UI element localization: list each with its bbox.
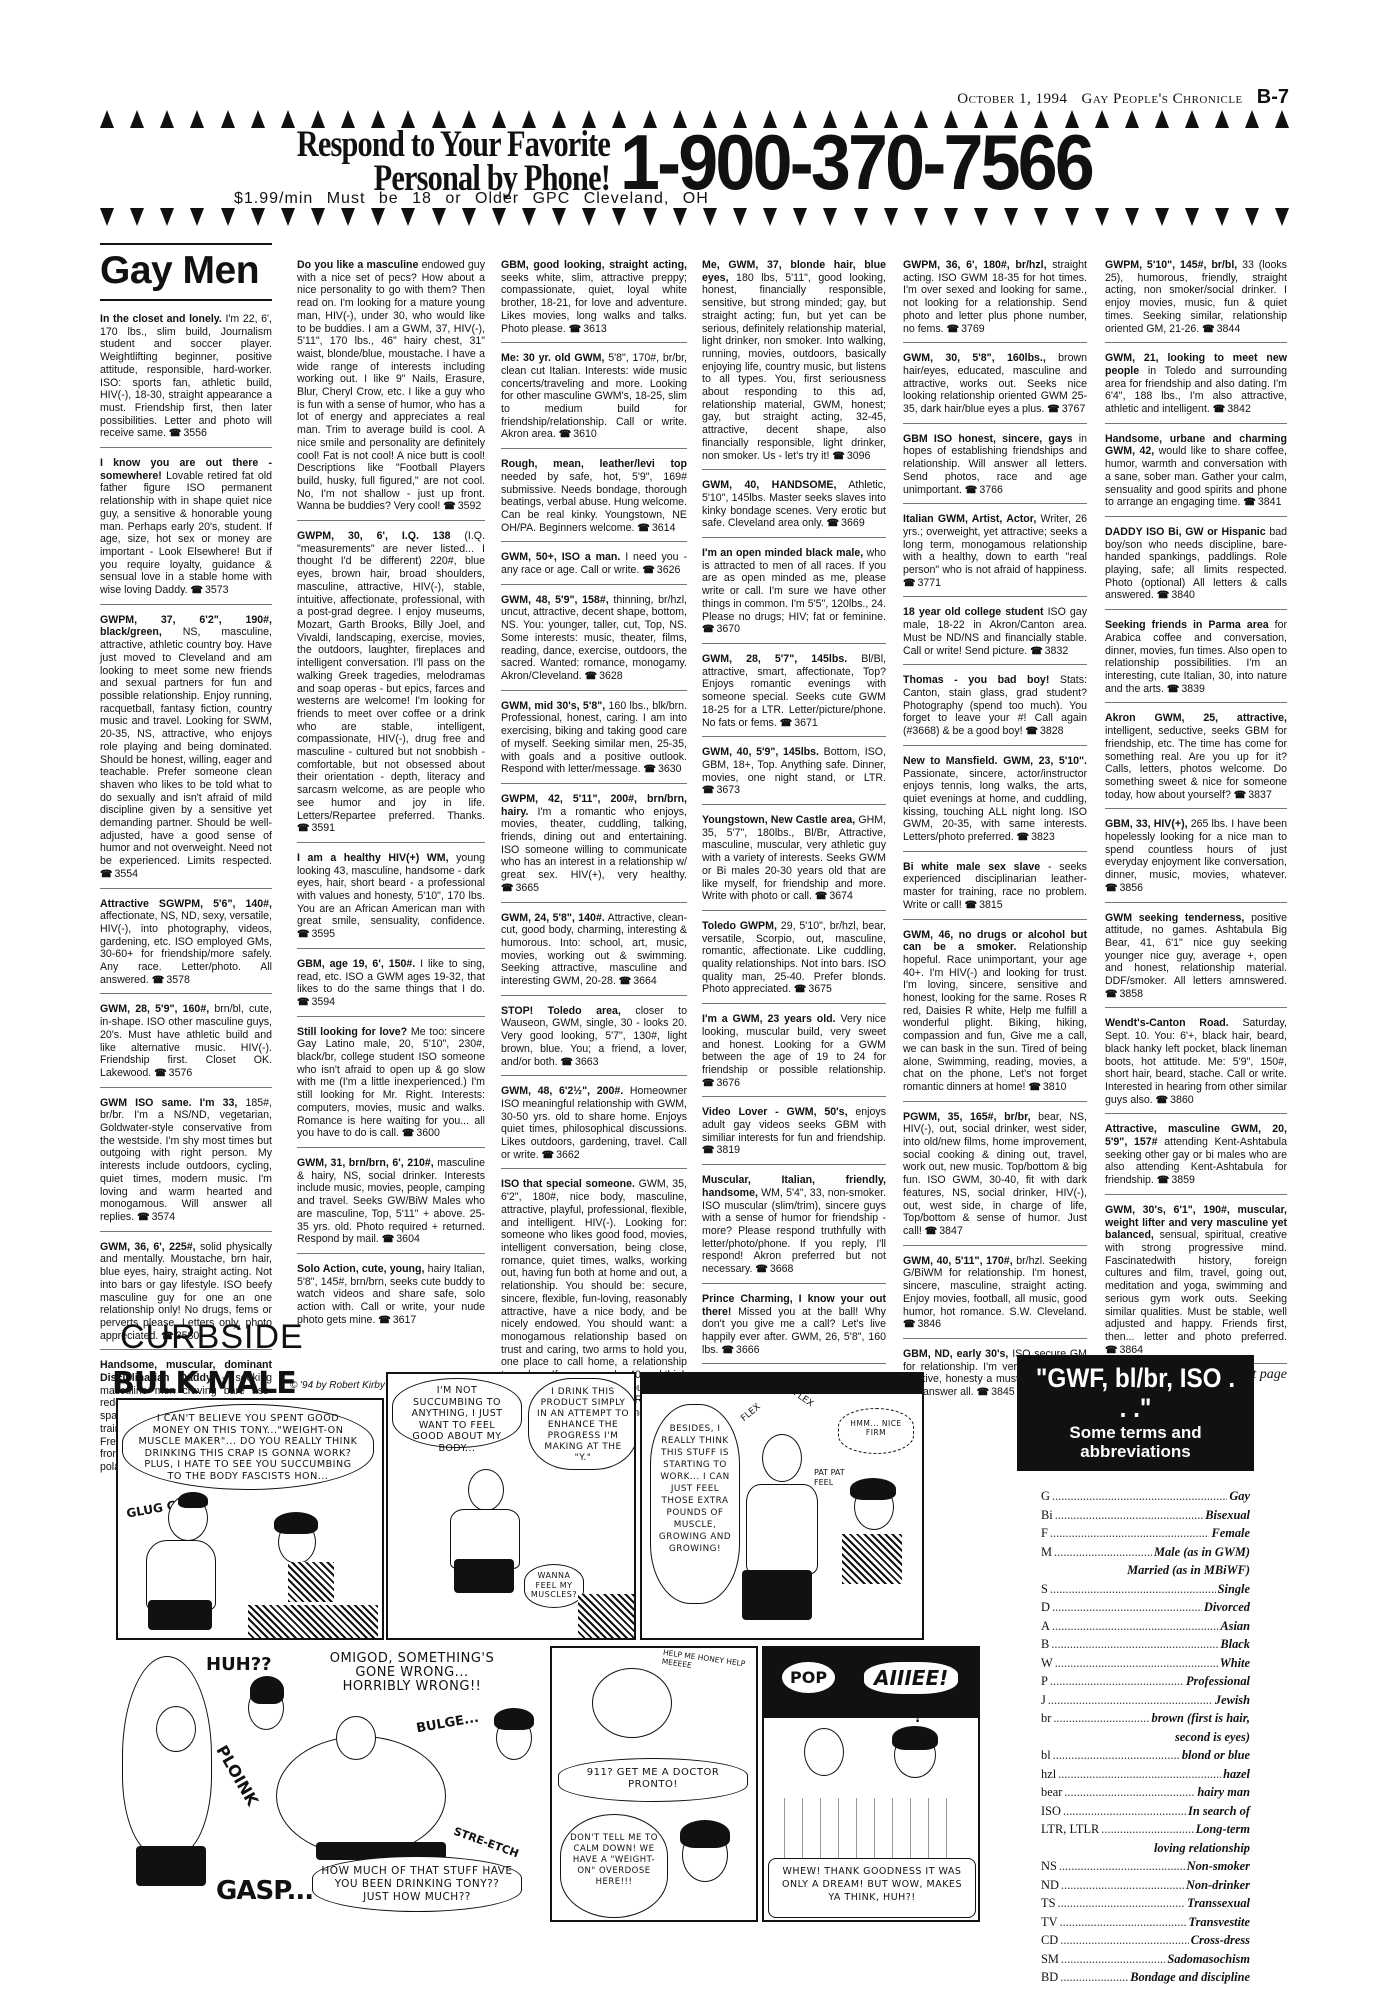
ad-voicebox[interactable]: ☎3664 xyxy=(619,975,657,987)
ad-headline: GWPM, 36, 6', 180#, br/hzl, xyxy=(903,259,1047,271)
personal-ad: GWM, 28, 5'9", 160#, brn/bl, cute, in-sh… xyxy=(100,999,272,1087)
voicebox-number: 3663 xyxy=(575,1056,599,1068)
personal-ad: Me, GWM, 37, blonde hair, blue eyes, 180… xyxy=(702,255,886,470)
personal-ad: GWM, 24, 5'8", 140#. Attractive, clean-c… xyxy=(501,908,687,996)
telephone-icon: ☎ xyxy=(832,451,844,464)
glossary-entry: NDNon-drinker xyxy=(1041,1876,1250,1895)
ad-headline: DADDY ISO Bi, GW or Hispanic xyxy=(1105,526,1266,538)
term-definition: Gay xyxy=(1229,1487,1250,1506)
ad-voicebox[interactable]: ☎3594 xyxy=(297,996,335,1008)
ad-voicebox[interactable]: ☎3626 xyxy=(642,564,680,576)
telephone-icon: ☎ xyxy=(297,823,309,836)
personal-ad: GWM, 28, 5'7", 145lbs. Bl/Bl, attractive… xyxy=(702,649,886,737)
glossary-entry: brbrown (first is hair, xyxy=(1041,1709,1250,1728)
ad-voicebox[interactable]: ☎3675 xyxy=(794,983,832,995)
term-definition-continued: second is eyes) xyxy=(1041,1728,1250,1747)
ad-body: Me too: sincere Gay Latino male, 20, 5'1… xyxy=(297,1026,485,1140)
ad-voicebox[interactable]: ☎3676 xyxy=(702,1077,740,1089)
ad-headline: GWM, 40, 5'11", 170#, xyxy=(903,1255,1013,1267)
voicebox-number: 3592 xyxy=(458,500,482,512)
triangle-ornament xyxy=(160,208,174,226)
ad-voicebox[interactable]: ☎3832 xyxy=(1030,645,1068,657)
term-abbreviation: G xyxy=(1041,1487,1050,1506)
personal-ad: Thomas - you bad boy! Stats: Canton, sta… xyxy=(903,670,1087,746)
triangle-ornament xyxy=(944,208,958,226)
speech-bubble: I'm not succumbing to anything, I just w… xyxy=(392,1378,522,1448)
telephone-icon: ☎ xyxy=(1157,1175,1169,1188)
price-per-minute: $1.99/min xyxy=(234,190,313,207)
ad-voicebox[interactable]: ☎3847 xyxy=(925,1225,963,1237)
voicebox-number: 3673 xyxy=(716,784,740,796)
character-tony-head xyxy=(468,1469,504,1511)
telephone-icon: ☎ xyxy=(1026,726,1038,739)
personal-ad: Wendt's-Canton Road. Saturday, Sept. 10.… xyxy=(1105,1013,1287,1114)
sound-effect: Flex xyxy=(739,1402,762,1424)
ad-voicebox[interactable]: ☎3576 xyxy=(154,1067,192,1079)
personal-ad: GWPM, 36, 6', 180#, br/hzl, straight act… xyxy=(903,255,1087,343)
ad-voicebox[interactable]: ☎3600 xyxy=(402,1127,440,1139)
ad-voicebox[interactable]: ☎3574 xyxy=(137,1211,175,1223)
character-floating-body xyxy=(592,1668,672,1738)
telephone-icon: ☎ xyxy=(1030,646,1042,659)
ad-headline: GBM ISO honest, sincere, gays xyxy=(903,433,1073,445)
personal-ad: Italian GWM, Artist, Actor, Writer, 26 y… xyxy=(903,509,1087,597)
triangle-ornament xyxy=(1095,208,1109,226)
comic-panel-1: I can't believe you spent good money on … xyxy=(116,1398,384,1640)
banner-phone-number[interactable]: 1-900-370-7566 xyxy=(620,124,1092,200)
leader-dots xyxy=(1060,1968,1128,1987)
triangle-ornament xyxy=(281,208,295,226)
personal-ad: Toledo GWPM, 29, 5'10", br/hzl, bear, ve… xyxy=(702,916,886,1004)
personal-ad: GWM, 40, HANDSOME, Athletic, 5'10", 145l… xyxy=(702,475,886,538)
leader-dots xyxy=(1055,1654,1218,1673)
triangle-ornament xyxy=(612,208,626,226)
voicebox-number: 3630 xyxy=(658,763,682,775)
telephone-icon: ☎ xyxy=(100,869,112,882)
voicebox-number: 3591 xyxy=(311,822,335,834)
term-definition: brown (first is hair, xyxy=(1152,1709,1250,1728)
term-definition: blond or blue xyxy=(1182,1746,1250,1765)
comic-feature-title: BULK MALE xyxy=(112,1366,296,1401)
triangle-ornament xyxy=(130,208,144,226)
glossary-title: "GWF, bl/br, ISO . . ." xyxy=(1032,1363,1238,1423)
triangle-ornament xyxy=(190,110,204,128)
personal-ad: Akron GWM, 25, attractive, intelligent, … xyxy=(1105,708,1287,809)
triangle-border-bottom xyxy=(100,208,1290,226)
voicebox-number: 3628 xyxy=(599,670,623,682)
triangle-ornament xyxy=(1275,110,1289,128)
banner-location: GPC Cleveland, OH xyxy=(533,190,709,207)
ad-headline: Attractive SGWPM, 5'6", 140#, xyxy=(100,898,272,910)
term-definition: Jewish xyxy=(1215,1691,1250,1710)
voicebox-number: 3771 xyxy=(917,577,941,589)
personal-ad: GWM, 30, 5'8", 160lbs., brown hair/eyes,… xyxy=(903,348,1087,424)
ad-voicebox[interactable]: ☎3671 xyxy=(780,717,818,729)
triangle-ornament xyxy=(1125,208,1139,226)
telephone-icon: ☎ xyxy=(965,900,977,913)
term-abbreviation: TS xyxy=(1041,1894,1055,1913)
personal-ad: Seeking friends in Parma area for Arabic… xyxy=(1105,615,1287,703)
voicebox-number: 3662 xyxy=(556,1149,580,1161)
telephone-icon: ☎ xyxy=(702,624,714,637)
personal-ad: GWM, 40, 5'9", 145lbs. Bottom, ISO, GBM,… xyxy=(702,742,886,805)
leader-dots xyxy=(1050,1672,1184,1691)
character-shorts xyxy=(454,1559,514,1593)
term-abbreviation: D xyxy=(1041,1598,1050,1617)
triangle-ornament xyxy=(1185,208,1199,226)
ad-voicebox[interactable]: ☎3844 xyxy=(1202,323,1240,335)
term-abbreviation: P xyxy=(1041,1672,1048,1691)
telephone-icon: ☎ xyxy=(402,1128,414,1141)
ad-voicebox[interactable]: ☎3665 xyxy=(501,882,539,894)
term-definition: Bisexual xyxy=(1205,1506,1250,1525)
triangle-ornament xyxy=(432,208,446,226)
ad-voicebox[interactable]: ☎3860 xyxy=(1156,1094,1194,1106)
personal-ad: I am a healthy HIV(+) WM, young looking … xyxy=(297,848,485,949)
glossary-subtitle: Some terms and abbreviations xyxy=(1021,1423,1250,1461)
term-abbreviation: BD xyxy=(1041,1968,1058,1987)
leader-dots xyxy=(1051,1635,1218,1654)
telephone-icon: ☎ xyxy=(1105,883,1117,896)
ad-voicebox[interactable]: ☎3859 xyxy=(1157,1174,1195,1186)
leader-dots xyxy=(1061,1876,1184,1895)
triangle-ornament xyxy=(854,208,868,226)
comic-panel-6: Pop Aiiiee! ? Whew! Thank goodness it wa… xyxy=(762,1646,980,1922)
term-abbreviation: J xyxy=(1041,1691,1046,1710)
term-abbreviation: NS xyxy=(1041,1857,1057,1876)
term-abbreviation: W xyxy=(1041,1654,1053,1673)
sound-effect: Stre-etch xyxy=(452,1825,521,1861)
ad-voicebox[interactable]: ☎3856 xyxy=(1105,882,1143,894)
ad-headline: New to Mansfield. GWM, 23, 5'10". xyxy=(903,755,1087,767)
glossary-entry: blblond or blue xyxy=(1041,1746,1250,1765)
ad-voicebox[interactable]: ☎3628 xyxy=(585,670,623,682)
personal-ad: Bi white male sex slave - seeks experien… xyxy=(903,857,1087,920)
ad-voicebox[interactable]: ☎3815 xyxy=(965,899,1003,911)
ad-voicebox[interactable]: ☎3668 xyxy=(755,1263,793,1275)
voicebox-number: 3614 xyxy=(652,522,676,534)
speech-bubble: I can't believe you spent good money on … xyxy=(122,1404,374,1490)
voicebox-number: 3665 xyxy=(515,882,539,894)
glossary-entry: NSNon-smoker xyxy=(1041,1857,1250,1876)
sound-effect: Pop xyxy=(782,1662,835,1693)
term-definition-continued: loving relationship xyxy=(1041,1839,1250,1858)
telephone-icon: ☎ xyxy=(443,501,455,514)
triangle-ornament xyxy=(793,208,807,226)
voicebox-number: 3810 xyxy=(1043,1081,1067,1093)
ad-voicebox[interactable]: ☎3669 xyxy=(827,517,865,529)
telephone-icon: ☎ xyxy=(154,1068,166,1081)
leader-dots xyxy=(1052,1598,1202,1617)
ad-voicebox[interactable]: ☎3614 xyxy=(637,522,675,534)
term-abbreviation: S xyxy=(1041,1580,1048,1599)
ad-headline: Thomas - you bad boy! xyxy=(903,674,1049,686)
voicebox-number: 3573 xyxy=(205,584,229,596)
ad-voicebox[interactable]: ☎3662 xyxy=(542,1149,580,1161)
ad-voicebox[interactable]: ☎3595 xyxy=(297,928,335,940)
term-definition: Bondage and discipline xyxy=(1130,1968,1250,1987)
telephone-icon: ☎ xyxy=(297,929,309,942)
ad-voicebox[interactable]: ☎3096 xyxy=(832,450,870,462)
term-abbreviation: F xyxy=(1041,1524,1048,1543)
telephone-icon: ☎ xyxy=(1157,590,1169,603)
voicebox-number: 3595 xyxy=(311,928,335,940)
character-hair xyxy=(680,1820,730,1848)
term-abbreviation: M xyxy=(1041,1543,1052,1562)
triangle-ornament xyxy=(552,208,566,226)
banner-headline: Respond to Your Favorite Personal by Pho… xyxy=(200,128,610,196)
bed-quilt xyxy=(784,1798,964,1858)
ad-headline: Youngstown, New Castle area, xyxy=(702,814,855,826)
telephone-icon: ☎ xyxy=(1243,497,1255,510)
personal-ad: GWPM, 37, 6'2", 190#, black/green, NS, m… xyxy=(100,610,272,889)
term-definition: Sadomasochism xyxy=(1167,1950,1250,1969)
triangle-ornament xyxy=(1155,110,1169,128)
sound-effect: ? xyxy=(914,1710,922,1726)
ad-voicebox[interactable]: ☎3578 xyxy=(152,974,190,986)
character-hair xyxy=(274,1512,318,1534)
ad-headline: Still looking for love? xyxy=(297,1026,407,1038)
personal-ad: 18 year old college student ISO gay male… xyxy=(903,602,1087,665)
term-abbreviation: SM xyxy=(1041,1950,1059,1969)
term-abbreviation: B xyxy=(1041,1635,1049,1654)
telephone-icon: ☎ xyxy=(755,1264,767,1277)
ad-voicebox[interactable]: ☎3592 xyxy=(443,500,481,512)
comic-panel-3: Besides, I really think this stuff is st… xyxy=(640,1372,924,1640)
voicebox-number: 3676 xyxy=(716,1077,740,1089)
comic-series-title: CURBSIDE xyxy=(120,1318,304,1357)
triangle-ornament xyxy=(130,110,144,128)
ad-headline: GWM, 40, 5'9", 145lbs. xyxy=(702,746,819,758)
character-hair xyxy=(494,1708,534,1730)
ad-voicebox[interactable]: ☎3864 xyxy=(1105,1344,1143,1356)
ad-body: thinning, br/hzl, uncut, attractive, dec… xyxy=(501,594,687,682)
abbreviations-glossary: "GWF, bl/br, ISO . . ." Some terms and a… xyxy=(1017,1355,1254,1987)
ad-headline: GWM, 40, HANDSOME, xyxy=(702,479,836,491)
voicebox-number: 3815 xyxy=(979,899,1003,911)
term-abbreviation: ISO xyxy=(1041,1802,1061,1821)
age-notice: Must be 18 or Older xyxy=(327,190,519,207)
ad-voicebox[interactable]: ☎3554 xyxy=(100,868,138,880)
telephone-icon: ☎ xyxy=(827,518,839,531)
ad-voicebox[interactable]: ☎3769 xyxy=(947,323,985,335)
ad-voicebox[interactable]: ☎3591 xyxy=(297,822,335,834)
ad-voicebox[interactable]: ☎3674 xyxy=(815,890,853,902)
personal-ad: GWPM, 30, 6', I.Q. 138 (I.Q. "measuremen… xyxy=(297,526,485,843)
ad-voicebox[interactable]: ☎3819 xyxy=(702,1144,740,1156)
voicebox-number: 3554 xyxy=(114,868,138,880)
glossary-entry: WWhite xyxy=(1041,1654,1250,1673)
column-5: GWPM, 36, 6', 180#, br/hzl, straight act… xyxy=(903,255,1087,1411)
striped-shirt xyxy=(288,1562,334,1602)
triangle-ornament xyxy=(221,110,235,128)
comic-credit: © '94 by Robert Kirby xyxy=(290,1380,385,1391)
column-6: GWPM, 5'10", 145#, br/bl, 33 (looks 25),… xyxy=(1105,255,1287,1382)
term-definition: Transvestite xyxy=(1189,1913,1251,1932)
term-abbreviation: LTR, LTLR xyxy=(1041,1820,1099,1839)
term-abbreviation: bear xyxy=(1041,1783,1062,1802)
voicebox-number: 3839 xyxy=(1181,683,1205,695)
term-definition: Divorced xyxy=(1204,1598,1250,1617)
leader-dots xyxy=(1060,1931,1189,1950)
ad-voicebox[interactable]: ☎3823 xyxy=(1017,831,1055,843)
character-tony-head xyxy=(336,1716,376,1760)
comic-panel-2: I'm not succumbing to anything, I just w… xyxy=(386,1372,636,1640)
ad-voicebox[interactable]: ☎3663 xyxy=(561,1056,599,1068)
character-shorts xyxy=(742,1570,812,1620)
personal-ad: GWM, 46, no drugs or alcohol but can be … xyxy=(903,925,1087,1102)
ad-voicebox[interactable]: ☎3858 xyxy=(1105,988,1143,1000)
sound-effect: Aiiiee! xyxy=(864,1662,958,1694)
glossary-entry: FFemale xyxy=(1041,1524,1250,1543)
leader-dots xyxy=(1061,1950,1165,1969)
glossary-entry: DDivorced xyxy=(1041,1598,1250,1617)
speech-bubble: Omigod, something's gone wrong... horrib… xyxy=(312,1646,512,1700)
glossary-header: "GWF, bl/br, ISO . . ." Some terms and a… xyxy=(1017,1355,1254,1471)
ad-body: GHM, 35, 5'7", 180lbs., Bl/Br, Attractiv… xyxy=(702,814,886,902)
triangle-ornament xyxy=(160,110,174,128)
personal-ad: GWM, 50+, ISO a man. I need you - any ra… xyxy=(501,547,687,584)
ad-headline: GWM, 31, brn/brn, 6', 210#, xyxy=(297,1157,434,1169)
personal-ad: GWPM, 42, 5'11", 200#, brn/brn, hairy. I… xyxy=(501,789,687,903)
ad-headline: GWM, 24, 5'8", 140#. xyxy=(501,912,605,924)
triangle-ornament xyxy=(281,110,295,128)
term-abbreviation: bl xyxy=(1041,1746,1051,1765)
term-definition: Male (as in GWM) xyxy=(1154,1543,1250,1562)
ad-voicebox[interactable]: ☎3828 xyxy=(1026,725,1064,737)
speech-bubble: How much of that stuff have you been dri… xyxy=(312,1856,522,1912)
glossary-entry: bearhairy man xyxy=(1041,1783,1250,1802)
triangle-ornament xyxy=(1034,208,1048,226)
ad-headline: GWPM, 30, 6', I.Q. 138 xyxy=(297,530,450,542)
glossary-entry: TVTransvestite xyxy=(1041,1913,1250,1932)
ad-headline: GWM, 28, 5'7", 145lbs. xyxy=(702,653,847,665)
ad-voicebox[interactable]: ☎3556 xyxy=(169,427,207,439)
telephone-icon: ☎ xyxy=(1105,989,1117,1002)
character-tony-head xyxy=(762,1434,802,1482)
ad-headline: GBM, good looking, straight acting, xyxy=(501,259,687,271)
speech-bubble: Whew! Thank goodness it was only a dream… xyxy=(768,1858,976,1918)
ad-body: Lovable retired fat old father figure IS… xyxy=(100,470,272,596)
voicebox-number: 3837 xyxy=(1248,789,1272,801)
ad-voicebox[interactable]: ☎3613 xyxy=(569,323,607,335)
ad-voicebox[interactable]: ☎3673 xyxy=(702,784,740,796)
personal-ad: Video Lover - GWM, 50's, enjoys adult ga… xyxy=(702,1102,886,1165)
personal-ad: I know you are out there - somewhere! Lo… xyxy=(100,453,272,605)
personal-ad: Rough, mean, leather/levi top needed by … xyxy=(501,454,687,542)
ad-headline: Me: 30 yr. old GWM, xyxy=(501,352,604,364)
telephone-icon: ☎ xyxy=(925,1226,937,1239)
triangle-ornament xyxy=(492,208,506,226)
voicebox-number: 3669 xyxy=(841,517,865,529)
triangle-ornament xyxy=(221,208,235,226)
personal-ad: GWM, 48, 6'2½", 200#. Homeowner ISO mean… xyxy=(501,1081,687,1169)
sound-effect: Help me honey help meeeee xyxy=(661,1648,753,1678)
telephone-icon: ☎ xyxy=(137,1212,149,1225)
telephone-icon: ☎ xyxy=(1167,684,1179,697)
ad-headline: I am a healthy HIV(+) WM, xyxy=(297,852,449,864)
glossary-entry: LTR, LTLRLong-term xyxy=(1041,1820,1250,1839)
ad-voicebox[interactable]: ☎3841 xyxy=(1243,496,1281,508)
leader-dots xyxy=(1048,1691,1213,1710)
glossary-entry: TSTranssexual xyxy=(1041,1894,1250,1913)
glossary-entry: hzlhazel xyxy=(1041,1765,1250,1784)
character-inflating-body xyxy=(122,1656,212,1856)
ad-voicebox[interactable]: ☎3670 xyxy=(702,623,740,635)
ad-headline: In the closet and lonely. xyxy=(100,313,222,325)
voicebox-number: 3823 xyxy=(1031,831,1055,843)
ad-headline: PGWM, 35, 165#, br/br, xyxy=(903,1111,1031,1123)
voicebox-number: 3769 xyxy=(961,323,985,335)
personal-ad: Handsome, urbane and charming GWM, 42, w… xyxy=(1105,429,1287,517)
term-definition: Transsexual xyxy=(1187,1894,1250,1913)
ad-voicebox[interactable]: ☎3837 xyxy=(1234,789,1272,801)
glossary-entry: AAsian xyxy=(1041,1617,1250,1636)
telephone-icon: ☎ xyxy=(947,324,959,337)
telephone-icon: ☎ xyxy=(1017,832,1029,845)
ad-voicebox[interactable]: ☎3842 xyxy=(1213,403,1251,415)
triangle-ornament xyxy=(1004,208,1018,226)
ad-body: Passionate, sincere, actor/instructor en… xyxy=(903,768,1087,844)
personal-ad: GWM ISO same. I'm 33, 185#, br/br. I'm a… xyxy=(100,1093,272,1232)
ad-headline: 18 year old college student xyxy=(903,606,1044,618)
ad-voicebox[interactable]: ☎3839 xyxy=(1167,683,1205,695)
ad-voicebox[interactable]: ☎3766 xyxy=(965,484,1003,496)
ad-voicebox[interactable]: ☎3767 xyxy=(1047,403,1085,415)
term-definition: Female xyxy=(1211,1524,1250,1543)
voicebox-number: 3613 xyxy=(583,323,607,335)
ad-voicebox[interactable]: ☎3630 xyxy=(644,763,682,775)
ad-headline: Italian GWM, Artist, Actor, xyxy=(903,513,1036,525)
glossary-entry: GGay xyxy=(1041,1487,1250,1506)
personal-ad: Me: 30 yr. old GWM, 5'8", 170#, br/br, c… xyxy=(501,348,687,449)
ad-voicebox[interactable]: ☎3573 xyxy=(191,584,229,596)
triangle-ornament xyxy=(1245,208,1259,226)
telephone-icon: ☎ xyxy=(1202,324,1214,337)
leader-dots xyxy=(1059,1857,1185,1876)
ad-headline: GWM, 28, 5'9", 160#, xyxy=(100,1003,209,1015)
voicebox-number: 3864 xyxy=(1119,1344,1143,1356)
character-shorts xyxy=(136,1846,206,1886)
triangle-ornament xyxy=(1065,208,1079,226)
telephone-icon: ☎ xyxy=(542,1150,554,1163)
ad-voicebox[interactable]: ☎3604 xyxy=(382,1233,420,1245)
personal-ad: Muscular, Italian, friendly, handsome, W… xyxy=(702,1170,886,1284)
voicebox-number: 3626 xyxy=(657,564,681,576)
voicebox-number: 3766 xyxy=(979,484,1003,496)
voicebox-number: 3860 xyxy=(1170,1094,1194,1106)
ad-body: endowed guy with a nice set of pecs? How… xyxy=(297,259,485,512)
personal-ad: PGWM, 35, 165#, br/br, bear, NS, HIV(-),… xyxy=(903,1107,1087,1246)
ad-headline: GWM, mid 30's, 5'8", xyxy=(501,700,605,712)
ad-voicebox[interactable]: ☎3610 xyxy=(559,428,597,440)
sound-effect: Gasp... xyxy=(216,1876,313,1906)
phone-response-banner: Respond to Your Favorite Personal by Pho… xyxy=(100,110,1290,226)
ad-voicebox[interactable]: ☎3840 xyxy=(1157,589,1195,601)
ad-headline: GBM, 33, HIV(+), xyxy=(1105,818,1188,830)
leader-dots xyxy=(1101,1820,1193,1839)
ad-voicebox[interactable]: ☎3771 xyxy=(903,577,941,589)
leader-dots xyxy=(1054,1543,1152,1562)
telephone-icon: ☎ xyxy=(1028,1082,1040,1095)
ad-headline: GWM, 48, 5'9", 158#, xyxy=(501,594,609,606)
ad-headline: I'm an open minded black male, xyxy=(702,547,863,559)
voicebox-number: 3858 xyxy=(1119,988,1143,1000)
character-tony-head xyxy=(156,1706,196,1752)
telephone-icon: ☎ xyxy=(191,585,203,598)
ad-voicebox[interactable]: ☎3810 xyxy=(1028,1081,1066,1093)
voicebox-number: 3671 xyxy=(794,717,818,729)
